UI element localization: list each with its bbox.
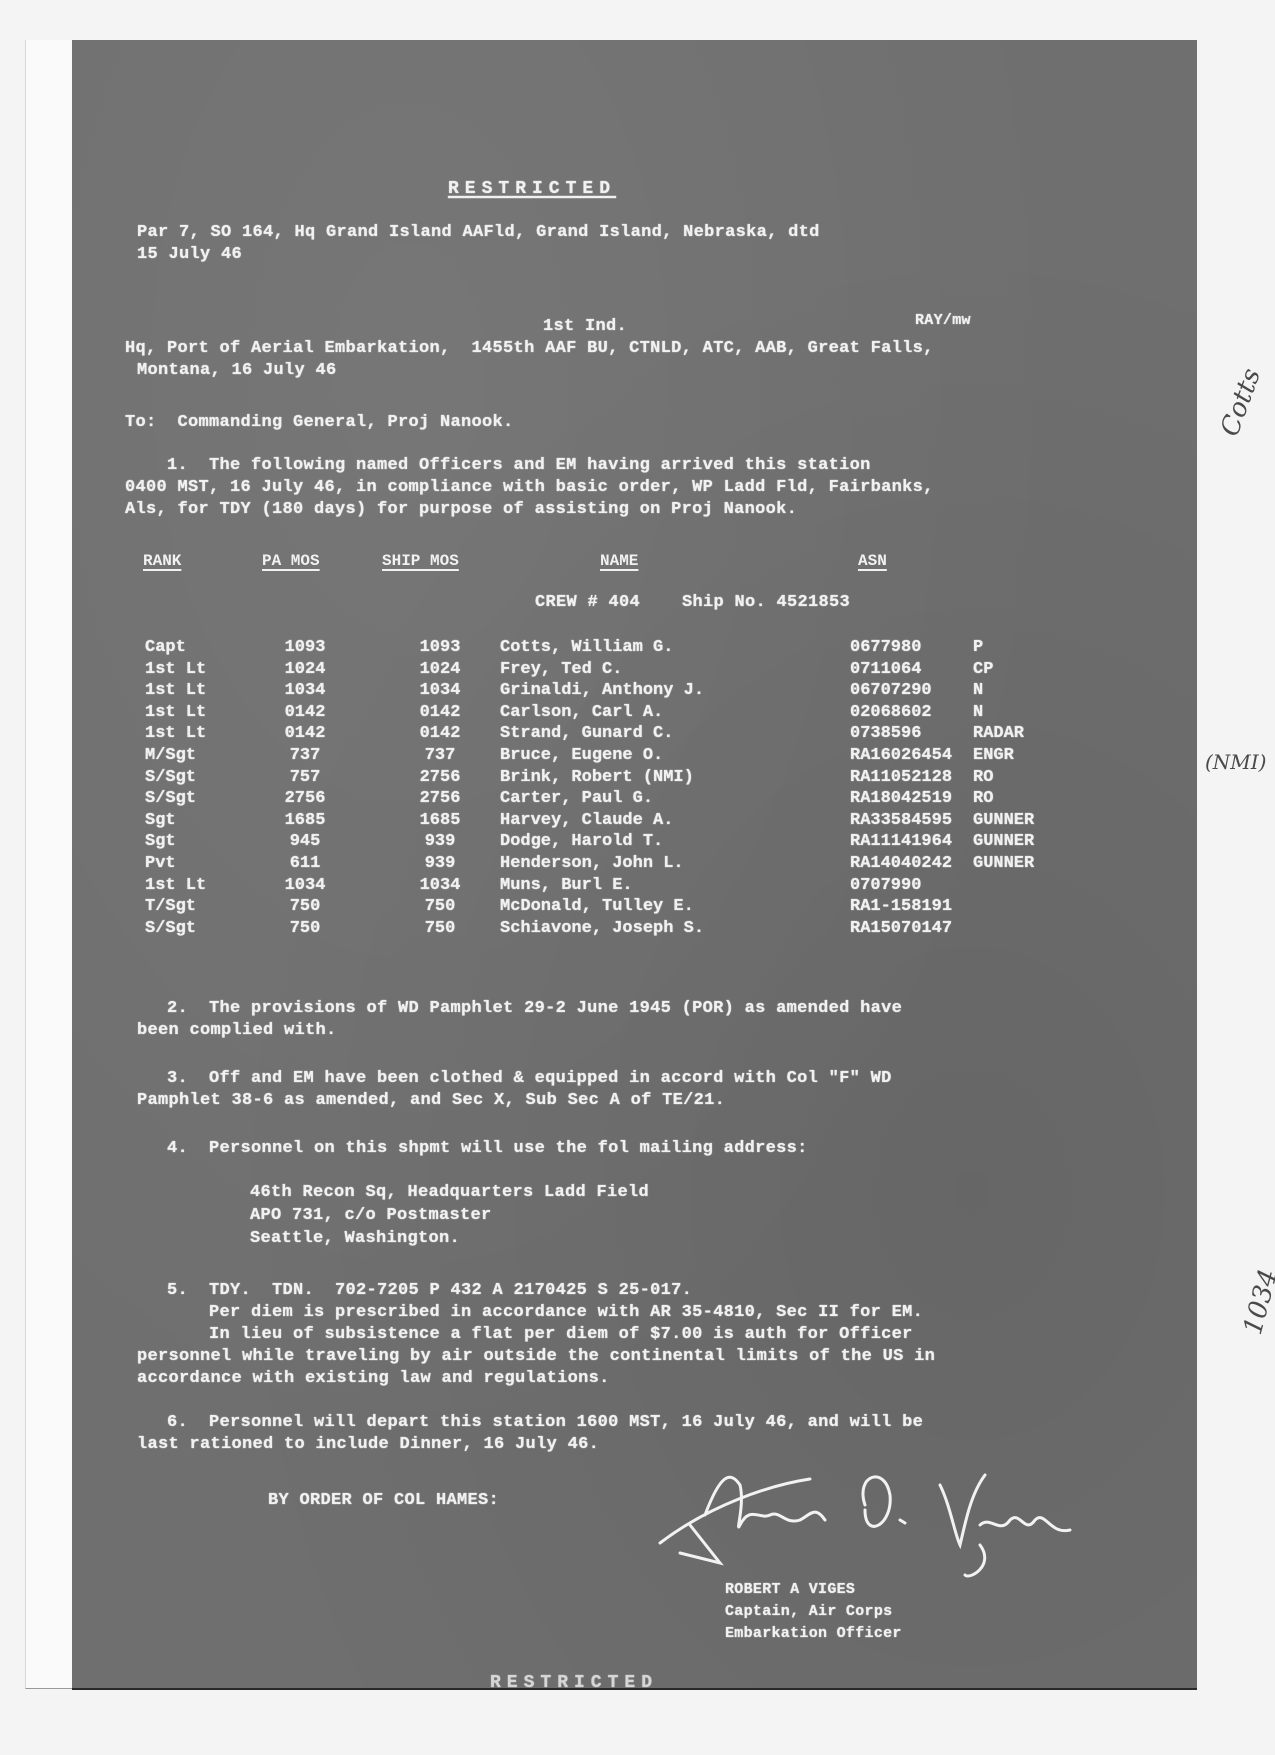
- cell-asn: RA18042519: [850, 789, 952, 808]
- cell-ship-mos: 1034: [410, 876, 470, 895]
- cell-ship-mos: 1685: [410, 811, 470, 830]
- cell-pa-mos: 611: [275, 854, 335, 873]
- cell-name: Schiavone, Joseph S.: [500, 919, 704, 938]
- signer-position: Embarkation Officer: [725, 1624, 902, 1644]
- cell-rank: Pvt: [145, 854, 176, 873]
- cell-role: N: [973, 681, 983, 700]
- cell-asn: RA16026454: [850, 746, 952, 765]
- table-row: S/Sgt750750Schiavone, Joseph S.RA1507014…: [145, 919, 1075, 941]
- address-line: Seattle, Washington.: [250, 1228, 460, 1250]
- header-ship-mos: SHIP MOS: [382, 552, 459, 570]
- signer-title: Captain, Air Corps: [725, 1602, 892, 1622]
- cell-pa-mos: 757: [275, 768, 335, 787]
- cell-rank: Sgt: [145, 811, 176, 830]
- cell-pa-mos: 750: [275, 919, 335, 938]
- cell-name: Dodge, Harold T.: [500, 832, 663, 851]
- reference-line-1: Par 7, SO 164, Hq Grand Island AAFld, Gr…: [137, 222, 820, 244]
- cell-role: ENGR: [973, 746, 1014, 765]
- by-order-line: BY ORDER OF COL HAMES:: [268, 1490, 499, 1512]
- cell-rank: 1st Lt: [145, 876, 206, 895]
- initials: RAY/mw: [915, 310, 971, 332]
- reference-line-2: 15 July 46: [137, 244, 242, 266]
- cell-name: Grinaldi, Anthony J.: [500, 681, 704, 700]
- cell-ship-mos: 750: [410, 919, 470, 938]
- cell-name: McDonald, Tulley E.: [500, 897, 694, 916]
- table-row: Sgt16851685Harvey, Claude A.RA33584595GU…: [145, 811, 1075, 833]
- page-left-edge: [25, 40, 76, 1689]
- table-row: M/Sgt737737Bruce, Eugene O.RA16026454ENG…: [145, 746, 1075, 768]
- cell-rank: S/Sgt: [145, 768, 196, 787]
- table-row: Pvt611939Henderson, John L.RA14040242GUN…: [145, 854, 1075, 876]
- table-row: Sgt945939Dodge, Harold T.RA11141964GUNNE…: [145, 832, 1075, 854]
- margin-note-middle: (NMI): [1205, 750, 1266, 774]
- table-row: T/Sgt750750McDonald, Tulley E.RA1-158191: [145, 897, 1075, 919]
- para6-line: 6. Personnel will depart this station 16…: [125, 1412, 923, 1434]
- cell-asn: 0738596: [850, 724, 921, 743]
- cell-role: CP: [973, 660, 993, 679]
- cell-ship-mos: 1034: [410, 681, 470, 700]
- cell-role: N: [973, 703, 983, 722]
- margin-note-top: Cotts: [1215, 364, 1267, 440]
- cell-pa-mos: 1093: [275, 638, 335, 657]
- cell-asn: 0711064: [850, 660, 921, 679]
- cell-ship-mos: 0142: [410, 724, 470, 743]
- table-row: 1st Lt10341034Muns, Burl E.0707990: [145, 876, 1075, 898]
- cell-name: Bruce, Eugene O.: [500, 746, 663, 765]
- table-row: 1st Lt01420142Carlson, Carl A.02068602N: [145, 703, 1075, 725]
- cell-ship-mos: 939: [410, 832, 470, 851]
- cell-rank: 1st Lt: [145, 703, 206, 722]
- cell-ship-mos: 737: [410, 746, 470, 765]
- from-line-1: Hq, Port of Aerial Embarkation, 1455th A…: [125, 338, 934, 360]
- address-line: 46th Recon Sq, Headquarters Ladd Field: [250, 1182, 649, 1204]
- personnel-table: Capt10931093Cotts, William G.0677980P1st…: [145, 638, 1075, 940]
- cell-ship-mos: 1093: [410, 638, 470, 657]
- cell-rank: Capt: [145, 638, 186, 657]
- crew-line: CREW # 404 Ship No. 4521853: [535, 592, 850, 614]
- para4-line: 4. Personnel on this shpmt will use the …: [125, 1138, 808, 1160]
- cell-rank: S/Sgt: [145, 789, 196, 808]
- cell-name: Carter, Paul G.: [500, 789, 653, 808]
- cell-ship-mos: 939: [410, 854, 470, 873]
- cell-asn: 02068602: [850, 703, 932, 722]
- handwritten-signature: [650, 1465, 1110, 1585]
- table-row: S/Sgt7572756Brink, Robert (NMI)RA1105212…: [145, 768, 1075, 790]
- cell-rank: T/Sgt: [145, 897, 196, 916]
- from-line-2: Montana, 16 July 46: [137, 360, 337, 382]
- classification-bottom: RESTRICTED: [490, 1672, 658, 1694]
- cell-role: GUNNER: [973, 832, 1034, 851]
- cell-asn: RA11052128: [850, 768, 952, 787]
- para3-line: 3. Off and EM have been clothed & equipp…: [125, 1068, 892, 1090]
- para5-line: accordance with existing law and regulat…: [137, 1368, 610, 1390]
- para1-line: 0400 MST, 16 July 46, in compliance with…: [125, 477, 934, 499]
- cell-rank: 1st Lt: [145, 724, 206, 743]
- table-row: 1st Lt01420142Strand, Gunard C.0738596RA…: [145, 724, 1075, 746]
- cell-asn: RA33584595: [850, 811, 952, 830]
- cell-pa-mos: 945: [275, 832, 335, 851]
- cell-role: GUNNER: [973, 854, 1034, 873]
- cell-ship-mos: 750: [410, 897, 470, 916]
- cell-rank: Sgt: [145, 832, 176, 851]
- cell-role: GUNNER: [973, 811, 1034, 830]
- cell-ship-mos: 2756: [410, 789, 470, 808]
- cell-rank: M/Sgt: [145, 746, 196, 765]
- cell-asn: RA14040242: [850, 854, 952, 873]
- table-row: S/Sgt27562756Carter, Paul G.RA18042519RO: [145, 789, 1075, 811]
- table-row: 1st Lt10241024Frey, Ted C.0711064CP: [145, 660, 1075, 682]
- header-asn: ASN: [858, 552, 887, 570]
- cell-name: Muns, Burl E.: [500, 876, 633, 895]
- indorsement-label: 1st Ind.: [543, 316, 627, 338]
- cell-pa-mos: 0142: [275, 724, 335, 743]
- cell-pa-mos: 0142: [275, 703, 335, 722]
- cell-asn: RA11141964: [850, 832, 952, 851]
- para5-line: In lieu of subsistence a flat per diem o…: [125, 1324, 913, 1346]
- cell-name: Cotts, William G.: [500, 638, 673, 657]
- cell-pa-mos: 1024: [275, 660, 335, 679]
- cell-ship-mos: 0142: [410, 703, 470, 722]
- cell-asn: 06707290: [850, 681, 932, 700]
- header-pa-mos: PA MOS: [262, 552, 320, 570]
- to-line: To: Commanding General, Proj Nanook.: [125, 412, 514, 434]
- cell-ship-mos: 2756: [410, 768, 470, 787]
- cell-name: Carlson, Carl A.: [500, 703, 663, 722]
- cell-rank: 1st Lt: [145, 681, 206, 700]
- address-line: APO 731, c/o Postmaster: [250, 1205, 492, 1227]
- para2-line: 2. The provisions of WD Pamphlet 29-2 Ju…: [125, 998, 902, 1020]
- cell-role: RO: [973, 789, 993, 808]
- cell-rank: S/Sgt: [145, 919, 196, 938]
- cell-role: RADAR: [973, 724, 1024, 743]
- cell-name: Harvey, Claude A.: [500, 811, 673, 830]
- cell-pa-mos: 737: [275, 746, 335, 765]
- para5-line: personnel while traveling by air outside…: [137, 1346, 935, 1368]
- cell-name: Strand, Gunard C.: [500, 724, 673, 743]
- para5-line: 5. TDY. TDN. 702-7205 P 432 A 2170425 S …: [125, 1280, 692, 1302]
- cell-pa-mos: 2756: [275, 789, 335, 808]
- cell-name: Frey, Ted C.: [500, 660, 622, 679]
- cell-pa-mos: 750: [275, 897, 335, 916]
- cell-pa-mos: 1685: [275, 811, 335, 830]
- cell-pa-mos: 1034: [275, 876, 335, 895]
- para6-line: last rationed to include Dinner, 16 July…: [137, 1434, 599, 1456]
- cell-ship-mos: 1024: [410, 660, 470, 679]
- cell-asn: RA1-158191: [850, 897, 952, 916]
- cell-role: P: [973, 638, 983, 657]
- margin-note-bottom: 1034: [1238, 1266, 1275, 1338]
- classification-top: RESTRICTED: [448, 178, 616, 200]
- para1-line: 1. The following named Officers and EM h…: [125, 455, 871, 477]
- signer-name: ROBERT A VIGES: [725, 1580, 855, 1600]
- cell-pa-mos: 1034: [275, 681, 335, 700]
- para5-line: Per diem is prescribed in accordance wit…: [125, 1302, 923, 1324]
- cell-role: RO: [973, 768, 993, 787]
- para2-line: been complied with.: [137, 1020, 337, 1042]
- cell-asn: 0707990: [850, 876, 921, 895]
- para3-line: Pamphlet 38-6 as amended, and Sec X, Sub…: [137, 1090, 725, 1112]
- cell-name: Henderson, John L.: [500, 854, 684, 873]
- cell-rank: 1st Lt: [145, 660, 206, 679]
- header-rank: RANK: [143, 552, 181, 570]
- cell-asn: RA15070147: [850, 919, 952, 938]
- para1-line: Als, for TDY (180 days) for purpose of a…: [125, 499, 797, 521]
- cell-name: Brink, Robert (NMI): [500, 768, 694, 787]
- table-row: Capt10931093Cotts, William G.0677980P: [145, 638, 1075, 660]
- header-name: NAME: [600, 552, 638, 570]
- table-row: 1st Lt10341034Grinaldi, Anthony J.067072…: [145, 681, 1075, 703]
- cell-asn: 0677980: [850, 638, 921, 657]
